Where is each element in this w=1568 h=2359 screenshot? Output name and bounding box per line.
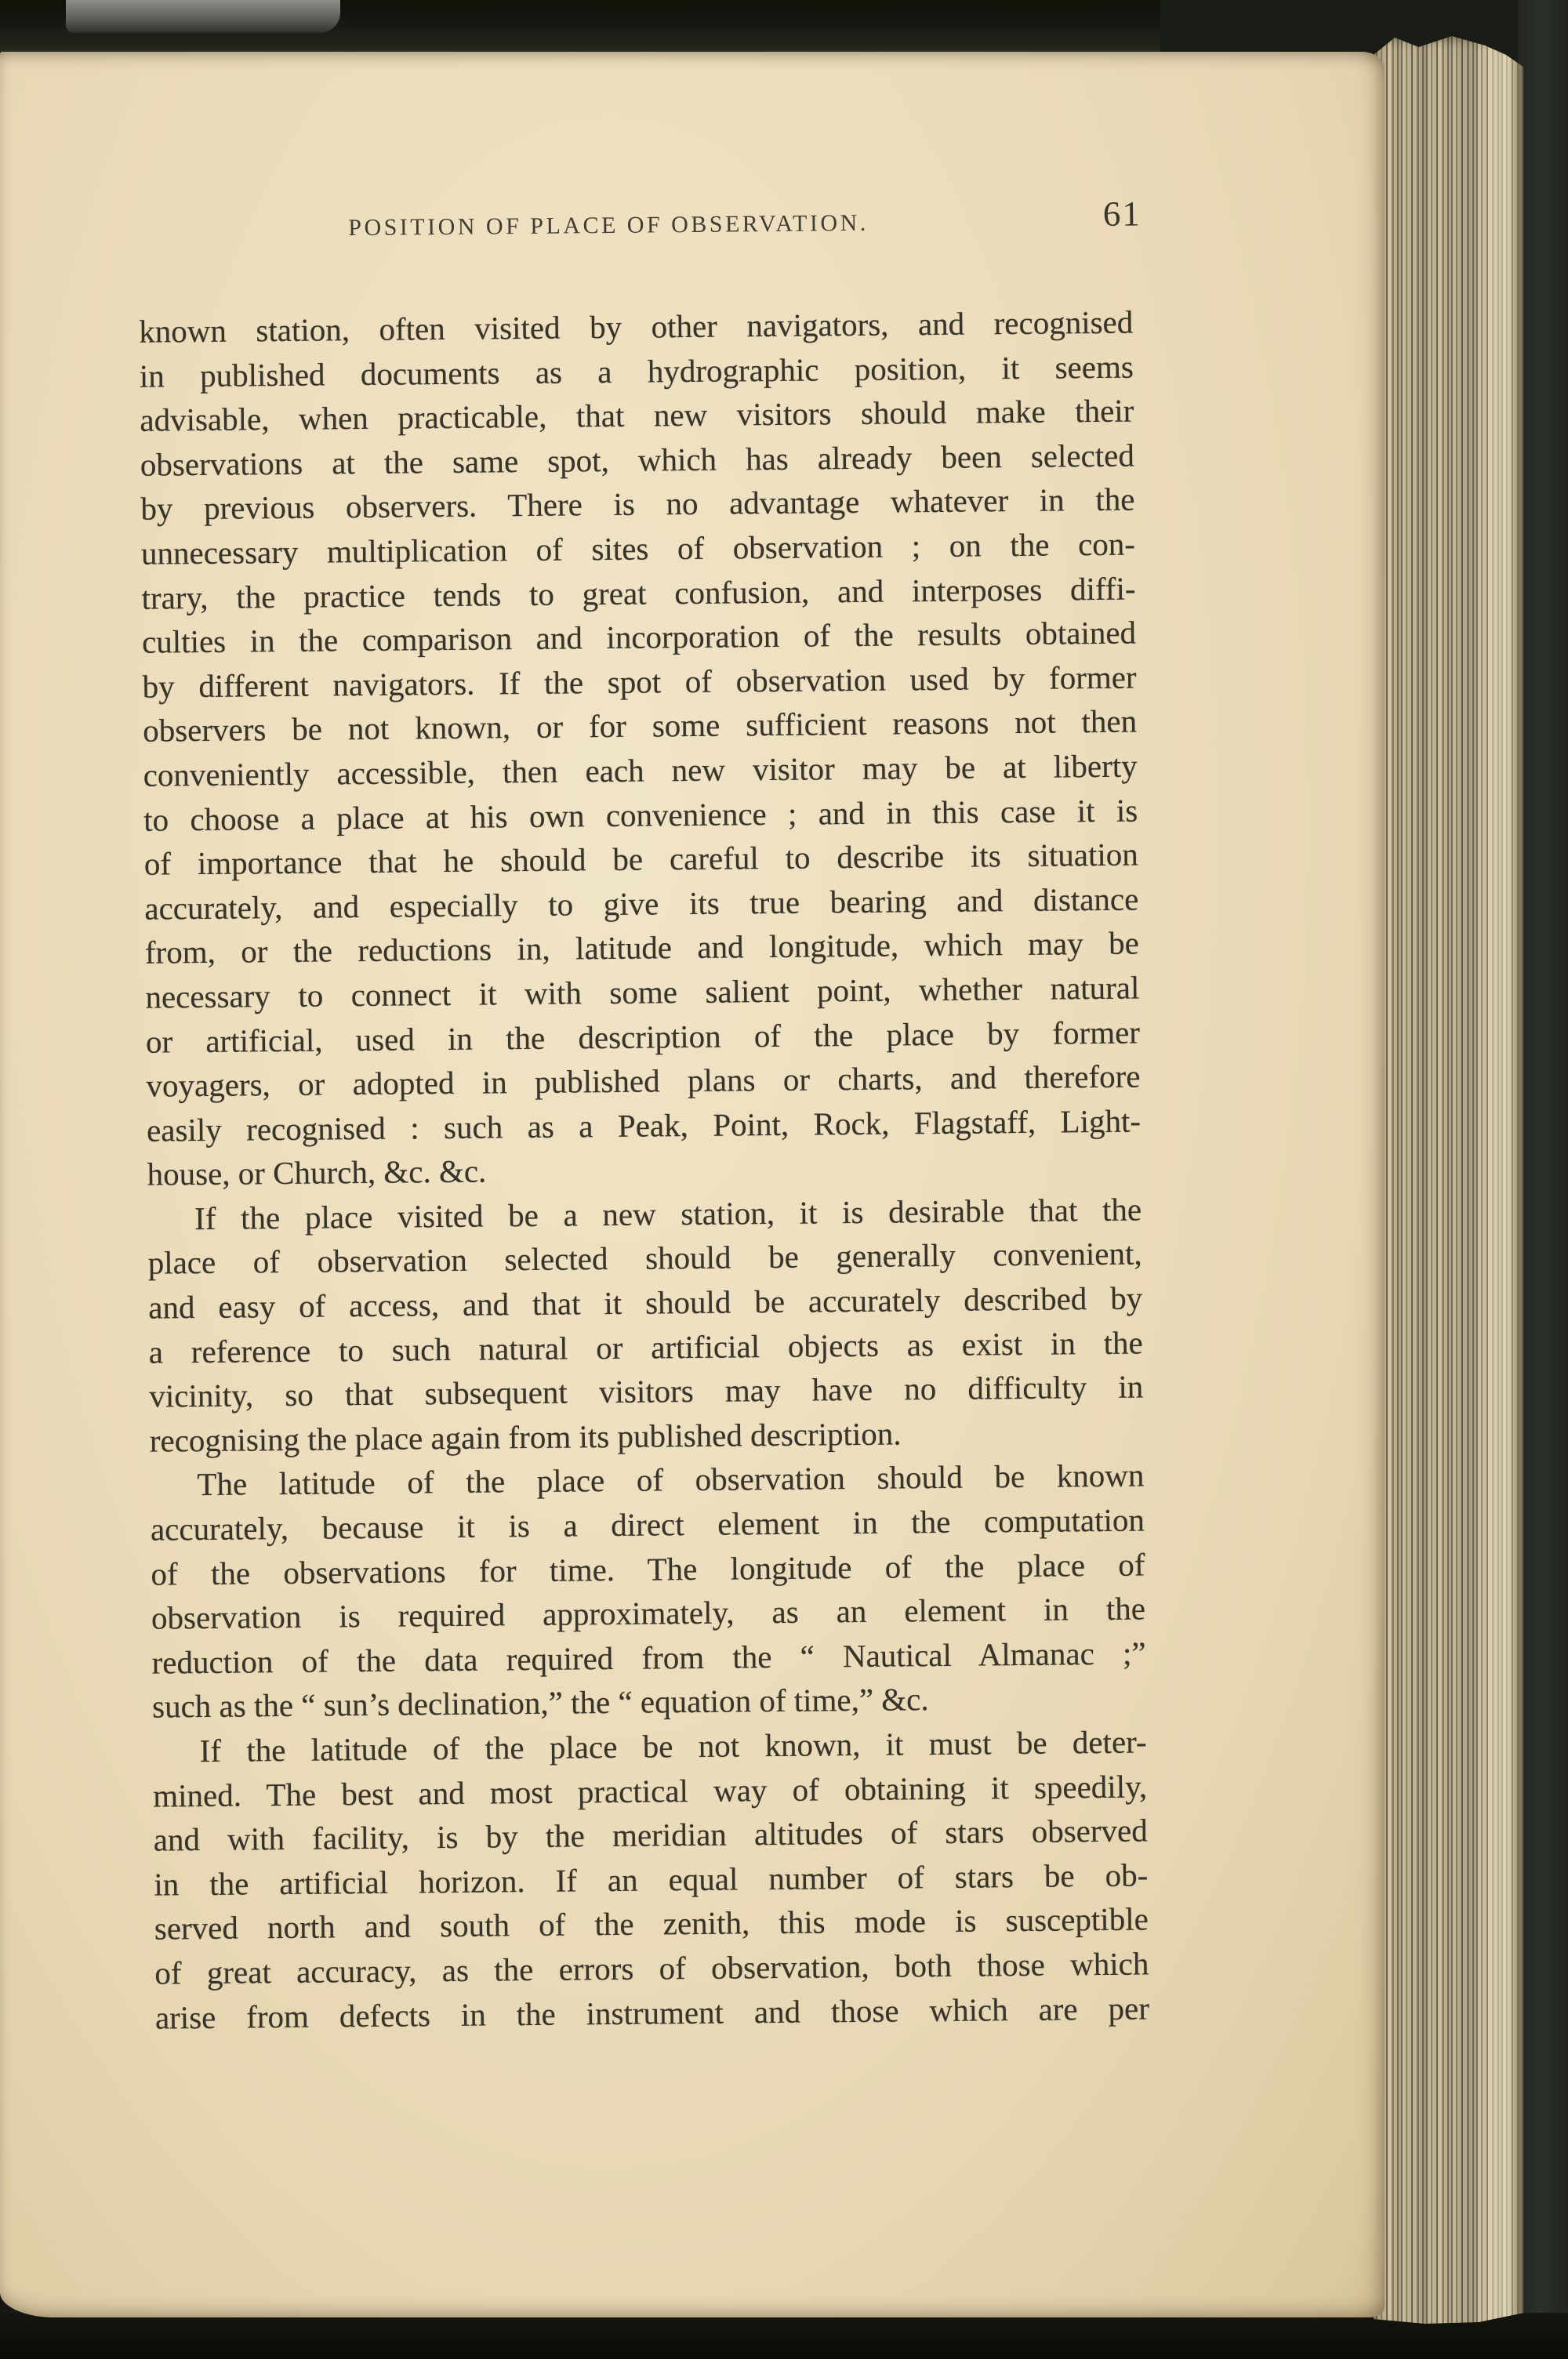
page-number: 61 [1103,193,1142,234]
page-content: POSITION OF PLACE OF OBSERVATION. 61 kno… [0,45,1398,2325]
book-scan: POSITION OF PLACE OF OBSERVATION. 61 kno… [0,0,1568,2359]
book-page: POSITION OF PLACE OF OBSERVATION. 61 kno… [0,52,1385,2317]
book-cover-right-edge [1518,0,1568,2359]
running-header: POSITION OF PLACE OF OBSERVATION. [138,208,1079,244]
fore-edge-page-stack [1374,34,1524,2324]
cover-highlight [66,0,340,33]
body-text: known station, often visited by other na… [139,300,1149,2040]
text-line: arise from defects in the instrument and… [155,1986,1149,2040]
